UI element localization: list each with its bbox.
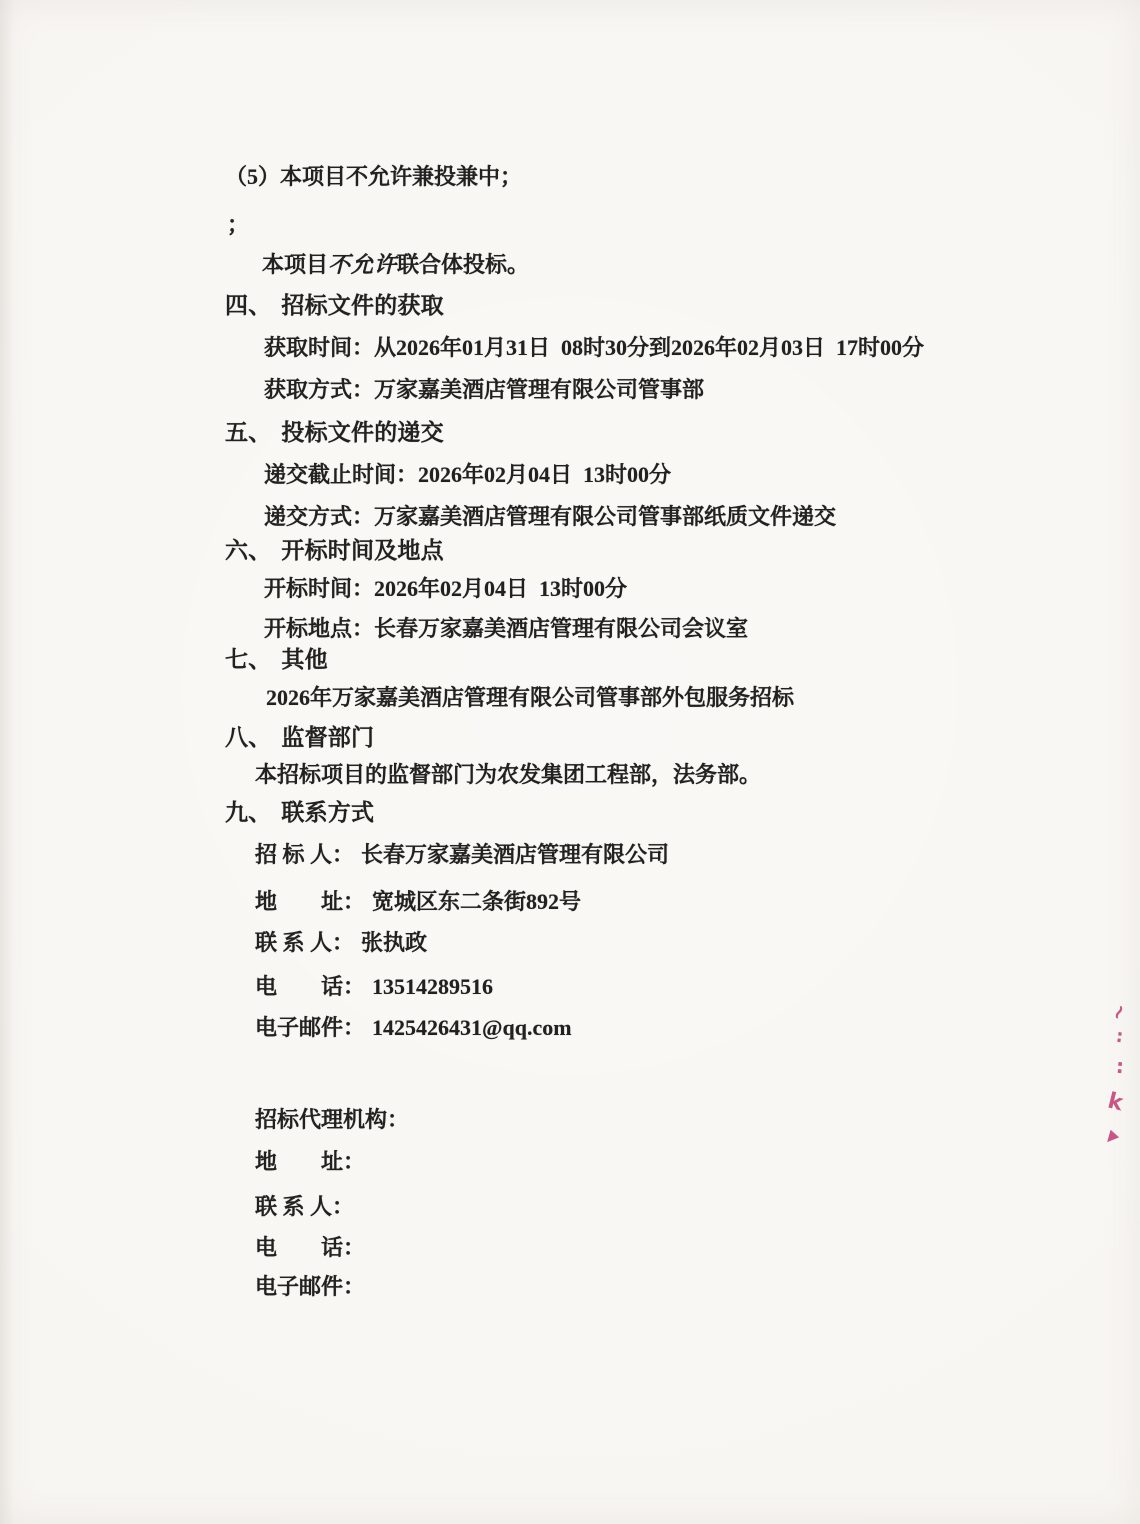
obtain-method-line: 获取方式：万家嘉美酒店管理有限公司管事部	[264, 375, 704, 405]
section-number: 八、	[225, 725, 271, 750]
field-label: 招 标 人：	[255, 842, 354, 867]
field-label: 电 话：	[255, 974, 365, 999]
field-label: 电子邮件：	[255, 1015, 365, 1040]
red-ink-mark-icon: :	[1115, 1054, 1125, 1078]
supervision-line: 本招标项目的监督部门为农发集团工程部，法务部。	[255, 760, 761, 790]
field-label: 联 系 人：	[255, 930, 354, 955]
submit-deadline-line: 递交截止时间：2026年02月04日 13时00分	[264, 460, 671, 490]
field-value: 13514289516	[372, 974, 493, 999]
stray-semicolon-line: ；	[227, 210, 249, 240]
other-info-line: 2026年万家嘉美酒店管理有限公司管事部外包服务招标	[266, 683, 794, 713]
joint-bid-line: 本项目不允许联合体投标。	[262, 250, 529, 280]
section-title: 监督部门	[281, 725, 374, 750]
section-heading-bid-opening: 六、开标时间及地点	[225, 536, 444, 566]
joint-bid-prefix: 本项目	[262, 252, 328, 277]
red-ink-mark-icon: ▼	[1101, 1126, 1122, 1147]
section-number: 七、	[225, 647, 271, 672]
agency-name-line: 招标代理机构：	[255, 1105, 416, 1135]
field-label: 电 话：	[255, 1235, 365, 1260]
section-heading-other: 七、其他	[225, 645, 328, 675]
tenderer-name-line: 招 标 人：长春万家嘉美酒店管理有限公司	[255, 840, 669, 870]
tenderer-person-line: 联 系 人：张执政	[255, 928, 427, 958]
tenderer-email-line: 电子邮件：1425426431@qq.com	[255, 1013, 572, 1043]
section-heading-supervision: 八、监督部门	[225, 723, 374, 753]
agency-address-line: 地 址：	[255, 1147, 372, 1177]
joint-bid-suffix: 联合体投标。	[397, 252, 529, 277]
field-value: 张执政	[361, 930, 427, 955]
section-title: 开标时间及地点	[281, 538, 443, 563]
section-title: 投标文件的递交	[281, 420, 443, 445]
red-ink-mark-icon: k	[1105, 1089, 1125, 1117]
section-number: 六、	[225, 538, 271, 563]
field-label: 地 址：	[255, 889, 365, 914]
scanned-document-page: （5）本项目不允许兼投兼中； ； 本项目不允许联合体投标。 四、招标文件的获取 …	[0, 0, 1140, 1524]
field-value: 宽城区东二条街892号	[372, 889, 581, 914]
opening-time-line: 开标时间：2026年02月04日 13时00分	[264, 574, 627, 604]
obtain-time-line: 获取时间：从2026年01月31日 08时30分到2026年02月03日 17时…	[264, 333, 924, 363]
section-heading-obtain-documents: 四、招标文件的获取	[225, 291, 444, 321]
section-title: 联系方式	[281, 800, 374, 825]
section-heading-contacts: 九、联系方式	[225, 798, 374, 828]
section-number: 四、	[225, 293, 271, 318]
field-label: 招标代理机构：	[255, 1107, 409, 1132]
field-label: 联 系 人：	[255, 1194, 354, 1219]
tenderer-phone-line: 电 话：13514289516	[255, 972, 493, 1002]
field-label: 地 址：	[255, 1149, 365, 1174]
tenderer-address-line: 地 址：宽城区东二条街892号	[255, 887, 581, 917]
section-title: 其他	[281, 647, 327, 672]
section-title: 招标文件的获取	[281, 293, 443, 318]
red-ink-mark-icon: ~	[1104, 999, 1133, 1024]
section-heading-submit-documents: 五、投标文件的递交	[225, 418, 444, 448]
submit-method-line: 递交方式：万家嘉美酒店管理有限公司管事部纸质文件递交	[264, 502, 836, 532]
section-number: 九、	[225, 800, 271, 825]
section-number: 五、	[225, 420, 271, 445]
opening-place-line: 开标地点：长春万家嘉美酒店管理有限公司会议室	[264, 614, 748, 644]
field-value: 1425426431@qq.com	[372, 1015, 572, 1040]
clause-5-line: （5）本项目不允许兼投兼中；	[225, 162, 522, 192]
agency-email-line: 电子邮件：	[255, 1272, 372, 1302]
agency-person-line: 联 系 人：	[255, 1192, 361, 1222]
field-label: 电子邮件：	[255, 1274, 365, 1299]
field-value: 长春万家嘉美酒店管理有限公司	[361, 842, 669, 867]
agency-phone-line: 电 话：	[255, 1233, 372, 1263]
joint-bid-emphasis: 不允许	[328, 252, 397, 277]
red-ink-mark-icon: :	[1115, 1026, 1125, 1048]
